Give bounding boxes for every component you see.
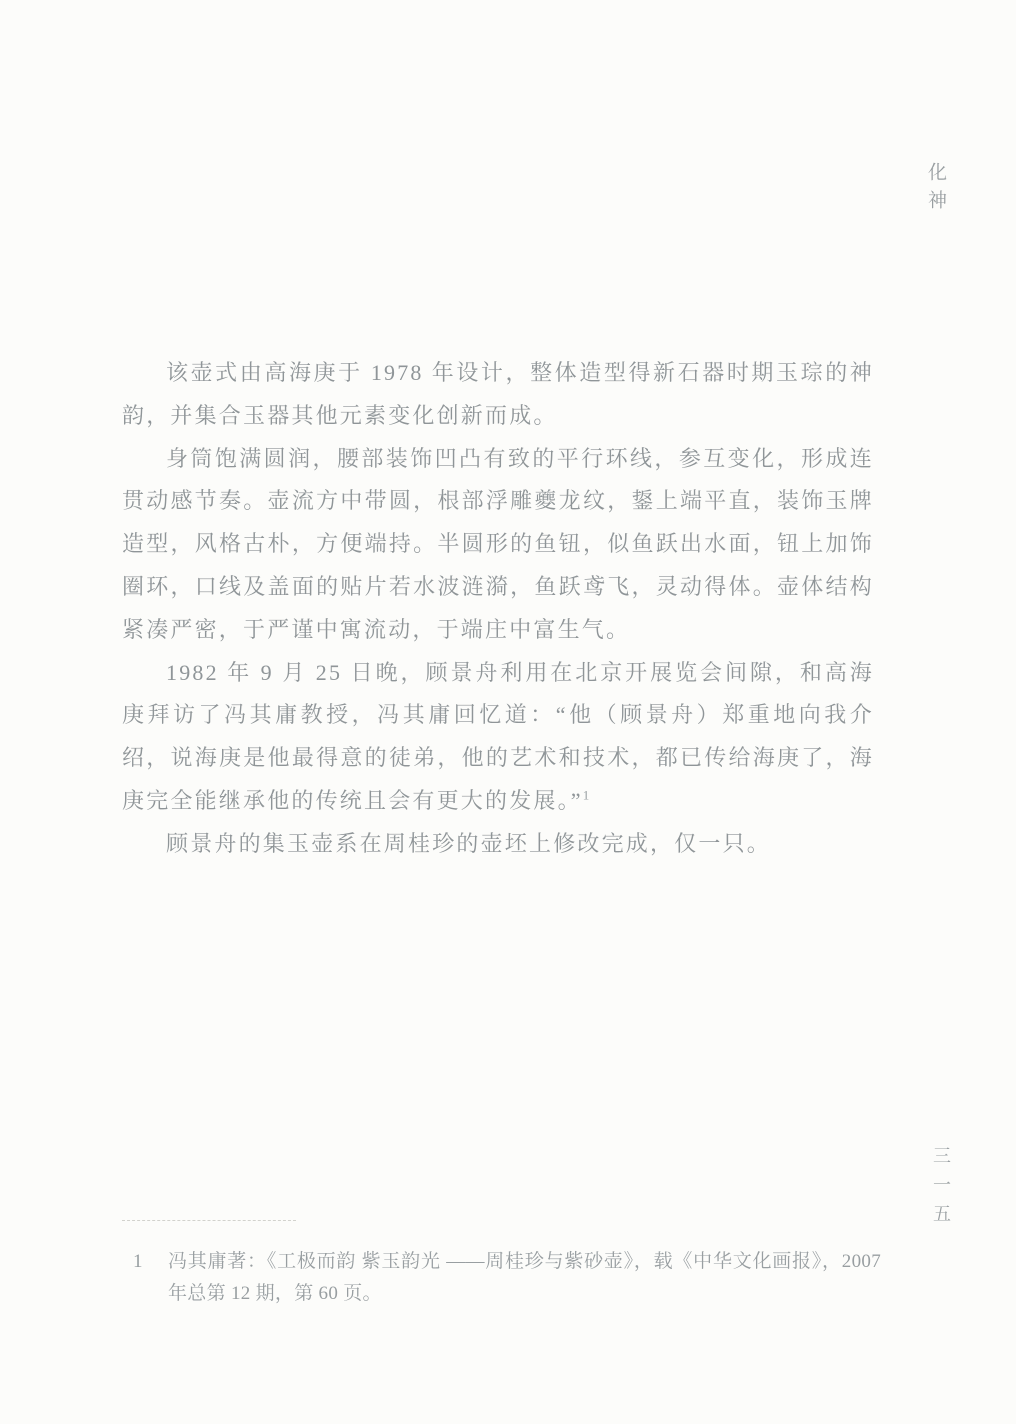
paragraph-1: 该壶式由高海庚于 1978 年设计，整体造型得新石器时期玉琮的神韵，并集合玉器其… xyxy=(122,352,874,438)
footnote-marker: 1 xyxy=(133,1246,168,1278)
page-number-vertical: 三一五 xyxy=(928,1146,954,1233)
paragraph-4: 顾景舟的集玉壶系在周桂珍的壶坯上修改完成，仅一只。 xyxy=(122,823,874,866)
paragraph-3-text: 1982 年 9 月 25 日晚，顾景舟利用在北京开展览会间隙，和高海庚拜访了冯… xyxy=(122,660,874,813)
footnote: 1 冯其庸著：《工极而韵 紫玉韵光 ——周桂珍与紫砂壶》，载《中华文化画报》，2… xyxy=(133,1246,881,1310)
body-text: 该壶式由高海庚于 1978 年设计，整体造型得新石器时期玉琮的神韵，并集合玉器其… xyxy=(122,352,874,866)
footnote-reference: 1 xyxy=(583,788,590,803)
paragraph-2: 身筒饱满圆润，腰部装饰凹凸有致的平行环线，参互变化，形成连贯动感节奏。壶流方中带… xyxy=(122,438,874,652)
footnote-separator xyxy=(122,1220,296,1221)
book-page-scan: 化神 该壶式由高海庚于 1978 年设计，整体造型得新石器时期玉琮的神韵，并集合… xyxy=(0,0,1016,1424)
footnote-text: 冯其庸著：《工极而韵 紫玉韵光 ——周桂珍与紫砂壶》，载《中华文化画报》，200… xyxy=(168,1246,881,1310)
paragraph-3: 1982 年 9 月 25 日晚，顾景舟利用在北京开展览会间隙，和高海庚拜访了冯… xyxy=(122,652,874,823)
running-head-vertical: 化神 xyxy=(922,162,949,218)
